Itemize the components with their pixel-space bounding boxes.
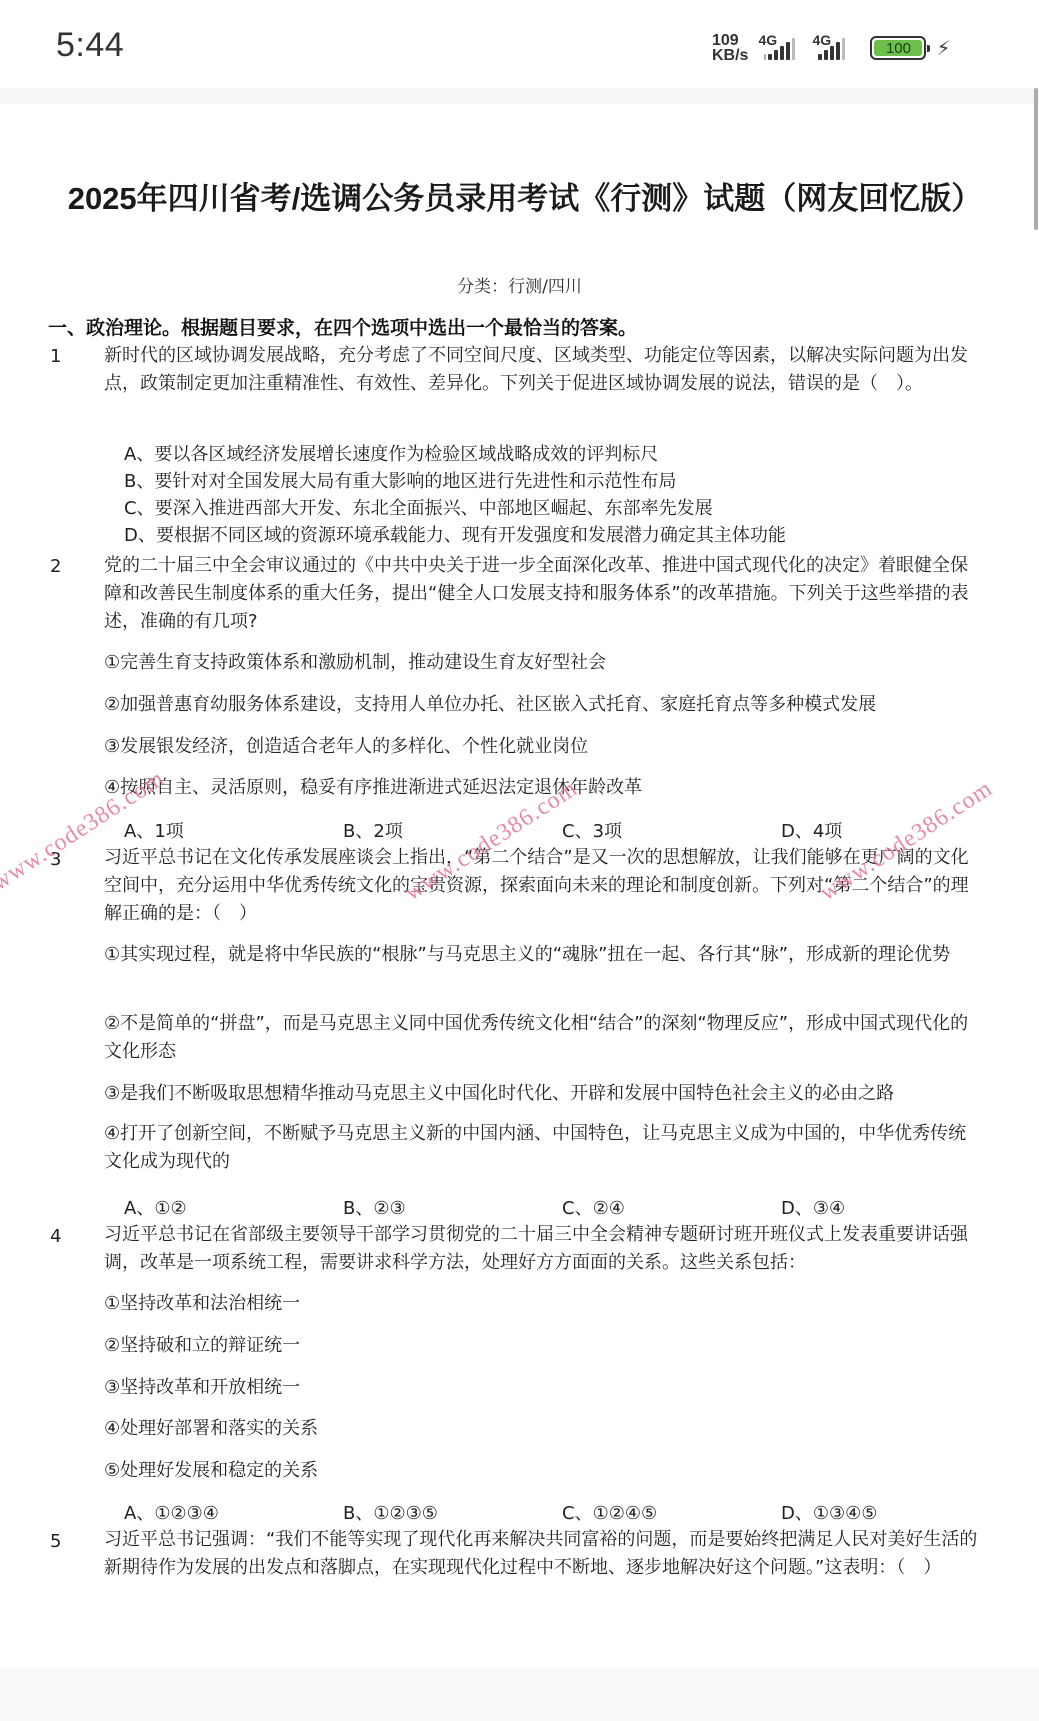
option-a[interactable]: A、1项 [124,817,184,843]
statement: ④按照自主、灵活原则，稳妥有序推进渐进式延迟法定退休年龄改革 [104,774,984,802]
network-speed: 109 KB/s [712,33,748,63]
option-b[interactable]: B、①②③⑤ [343,1499,438,1525]
section-heading: 一、政治理论。根据题目要求，在四个选项中选出一个最恰当的答案。 [48,313,637,340]
question-number: 2 [50,556,61,577]
battery-level: 100 [874,40,922,56]
network-speed-unit: KB/s [712,48,748,63]
bolt-icon: ⚡︎ [936,36,950,60]
statement: ③是我们不断吸取思想精华推动马克思主义中国化时代化、开辟和发展中国特色社会主义的… [104,1080,984,1108]
option-d[interactable]: D、4项 [781,817,842,843]
status-bar: 5:44 109 KB/s 4G 4G [0,0,1039,88]
bottom-band [0,1668,1039,1721]
signal-icon-sim1: 4G [756,32,802,64]
question-stem: 习近平总书记在文化传承发展座谈会上指出，“第二个结合”是又一次的思想解放，让我们… [104,844,984,928]
question-number: 4 [50,1226,61,1247]
status-time: 5:44 [56,26,124,65]
statement: ①坚持改革和法治相统一 [104,1290,984,1318]
statement: ⑤处理好发展和稳定的关系 [104,1457,984,1485]
document-category: 分类：行测/四川 [0,272,1039,297]
option-b[interactable]: B、②③ [343,1194,406,1220]
status-indicators: 109 KB/s 4G 4G 100 [712,28,951,68]
option-a[interactable]: A、要以各区域经济发展增长速度作为检验区域战略成效的评判标尺 [124,441,658,469]
question-stem: 习近平总书记在省部级主要领导干部学习贯彻党的二十届三中全会精神专题研讨班开班仪式… [104,1221,984,1277]
option-b[interactable]: B、要针对对全国发展大局有重大影响的地区进行先进性和示范性布局 [124,468,676,496]
options-row: A、①②③④ B、①②③⑤ C、①②④⑤ D、①③④⑤ [124,1499,1004,1527]
statement: ②不是简单的“拼盘”，而是马克思主义同中国优秀传统文化相“结合”的深刻“物理反应… [104,1010,984,1066]
option-c[interactable]: C、①②④⑤ [562,1499,657,1525]
option-d[interactable]: D、要根据不同区域的资源环境承载能力、现有开发强度和发展潜力确定其主体功能 [124,522,786,550]
question-number: 5 [50,1531,61,1552]
statement: ③发展银发经济，创造适合老年人的多样化、个性化就业岗位 [104,733,984,761]
document-title: 2025年四川省考/选调公务员录用考试《行测》试题（网友回忆版） [60,180,990,218]
question-number: 3 [50,849,61,870]
option-a[interactable]: A、①② [124,1194,187,1220]
page-separator [0,88,1039,104]
statement: ②加强普惠育幼服务体系建设，支持用人单位办托、社区嵌入式托育、家庭托育点等多种模… [104,691,984,719]
signal-icon-sim2: 4G [810,32,856,64]
statement: ④打开了创新空间，不断赋予马克思主义新的中国内涵、中国特色，让马克思主义成为中国… [104,1120,984,1176]
statement: ①完善生育支持政策体系和激励机制，推动建设生育友好型社会 [104,649,984,677]
scrollbar[interactable] [1034,88,1038,230]
options-row: A、①② B、②③ C、②④ D、③④ [124,1194,1004,1222]
statement: ②坚持破和立的辩证统一 [104,1332,984,1360]
option-d[interactable]: D、①③④⑤ [781,1499,877,1525]
option-c[interactable]: C、②④ [562,1194,625,1220]
question-stem: 新时代的区域协调发展战略，充分考虑了不同空间尺度、区域类型、功能定位等因素，以解… [104,342,984,398]
option-d[interactable]: D、③④ [781,1194,845,1220]
question-stem: 党的二十届三中全会审议通过的《中共中央关于进一步全面深化改革、推进中国式现代化的… [104,552,984,636]
statement: ①其实现过程，就是将中华民族的“根脉”与马克思主义的“魂脉”扭在一起、各行其“脉… [104,941,984,969]
question-stem: 习近平总书记强调：“我们不能等实现了现代化再来解决共同富裕的问题，而是要始终把满… [104,1526,984,1582]
network-speed-value: 109 [712,33,748,48]
question-number: 1 [50,346,61,367]
option-c[interactable]: C、要深入推进西部大开发、东北全面振兴、中部地区崛起、东部率先发展 [124,495,713,523]
signal-bars [764,38,795,60]
option-b[interactable]: B、2项 [343,817,403,843]
statement: ③坚持改革和开放相统一 [104,1374,984,1402]
options-row: A、1项 B、2项 C、3项 D、4项 [124,817,1004,845]
option-c[interactable]: C、3项 [562,817,622,843]
option-a[interactable]: A、①②③④ [124,1499,219,1525]
battery-icon: 100 [870,36,926,60]
battery-tip [927,45,930,52]
statement: ④处理好部署和落实的关系 [104,1415,984,1443]
signal-bars [818,38,845,60]
